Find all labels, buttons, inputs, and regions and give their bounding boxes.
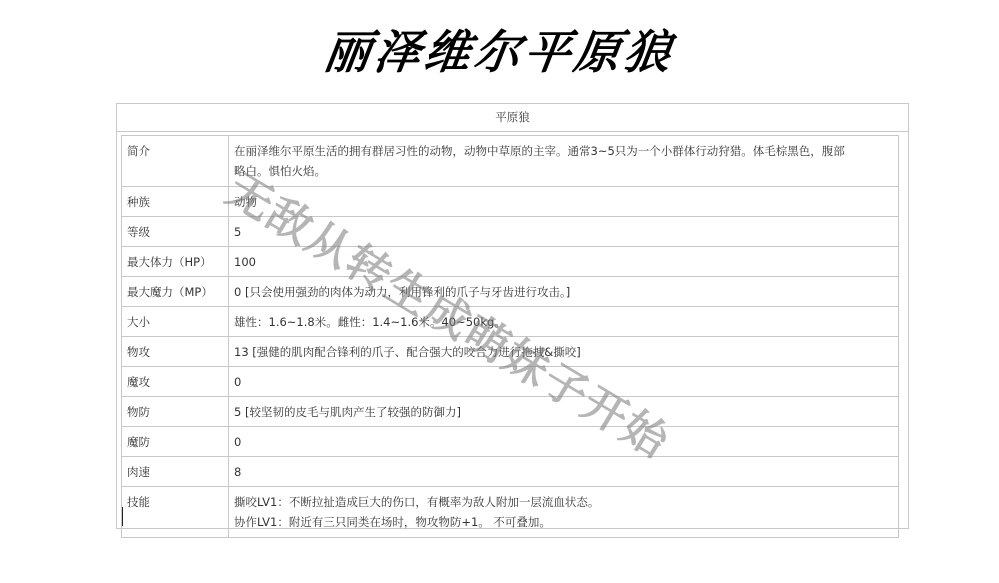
row-value-mp[interactable]: 0 [只会使用强劲的肉体为动力，利用锋利的爪子与牙齿进行攻击。] — [229, 277, 899, 307]
stat-card: 平原狼 简介 在丽泽维尔平原生活的拥有群居习性的动物，动物中草原的主宰。通常3~… — [116, 103, 909, 529]
row-value-level[interactable]: 5 — [229, 217, 899, 247]
table-row: 最大体力（HP） 100 — [122, 247, 899, 277]
row-value-phys-atk[interactable]: 13 [强健的肌肉配合锋利的爪子、配合强大的咬合力进行拖拽&撕咬] — [229, 337, 899, 367]
row-label-size: 大小 — [122, 307, 229, 337]
row-value-speed[interactable]: 8 — [229, 457, 899, 487]
row-label-intro: 简介 — [122, 136, 229, 187]
row-label-speed: 肉速 — [122, 457, 229, 487]
intro-line-1: 在丽泽维尔平原生活的拥有群居习性的动物，动物中草原的主宰。通常3~5只为一个小群… — [234, 141, 893, 161]
table-row: 等级 5 — [122, 217, 899, 247]
skill-line-2: 协作LV1：附近有三只同类在场时，物攻物防+1。 不可叠加。 — [234, 512, 893, 532]
row-value-phys-def[interactable]: 5 [较坚韧的皮毛与肌肉产生了较强的防御力] — [229, 397, 899, 427]
table-row: 肉速 8 — [122, 457, 899, 487]
row-value-mag-atk[interactable]: 0 — [229, 367, 899, 397]
row-label-skills: 技能 — [122, 487, 229, 538]
card-header: 平原狼 — [117, 104, 908, 132]
table-row: 简介 在丽泽维尔平原生活的拥有群居习性的动物，动物中草原的主宰。通常3~5只为一… — [122, 136, 899, 187]
row-label-hp: 最大体力（HP） — [122, 247, 229, 277]
stats-table: 简介 在丽泽维尔平原生活的拥有群居习性的动物，动物中草原的主宰。通常3~5只为一… — [121, 135, 899, 538]
row-label-mp: 最大魔力（MP） — [122, 277, 229, 307]
page-title: 丽泽维尔平原狼 — [0, 22, 999, 82]
row-label-mag-def: 魔防 — [122, 427, 229, 457]
row-value-mag-def[interactable]: 0 — [229, 427, 899, 457]
table-row: 物攻 13 [强健的肌肉配合锋利的爪子、配合强大的咬合力进行拖拽&撕咬] — [122, 337, 899, 367]
row-value-race[interactable]: 动物 — [229, 187, 899, 217]
table-row: 魔攻 0 — [122, 367, 899, 397]
table-row: 技能 撕咬LV1：不断拉扯造成巨大的伤口，有概率为敌人附加一层流血状态。 协作L… — [122, 487, 899, 538]
row-value-skills[interactable]: 撕咬LV1：不断拉扯造成巨大的伤口，有概率为敌人附加一层流血状态。 协作LV1：… — [229, 487, 899, 538]
row-label-mag-atk: 魔攻 — [122, 367, 229, 397]
row-label-race: 种族 — [122, 187, 229, 217]
table-row: 物防 5 [较坚韧的皮毛与肌肉产生了较强的防御力] — [122, 397, 899, 427]
row-value-intro[interactable]: 在丽泽维尔平原生活的拥有群居习性的动物，动物中草原的主宰。通常3~5只为一个小群… — [229, 136, 899, 187]
row-label-phys-def: 物防 — [122, 397, 229, 427]
table-row: 大小 雄性：1.6~1.8米。雌性：1.4~1.6米。40~50kg。 — [122, 307, 899, 337]
row-value-hp[interactable]: 100 — [229, 247, 899, 277]
row-label-level: 等级 — [122, 217, 229, 247]
row-label-phys-atk: 物攻 — [122, 337, 229, 367]
table-row: 种族 动物 — [122, 187, 899, 217]
text-cursor — [122, 507, 123, 526]
row-value-size[interactable]: 雄性：1.6~1.8米。雌性：1.4~1.6米。40~50kg。 — [229, 307, 899, 337]
intro-line-2: 略白。惧怕火焰。 — [234, 161, 893, 181]
skill-line-1: 撕咬LV1：不断拉扯造成巨大的伤口，有概率为敌人附加一层流血状态。 — [234, 492, 893, 512]
table-row: 最大魔力（MP） 0 [只会使用强劲的肉体为动力，利用锋利的爪子与牙齿进行攻击。… — [122, 277, 899, 307]
table-row: 魔防 0 — [122, 427, 899, 457]
